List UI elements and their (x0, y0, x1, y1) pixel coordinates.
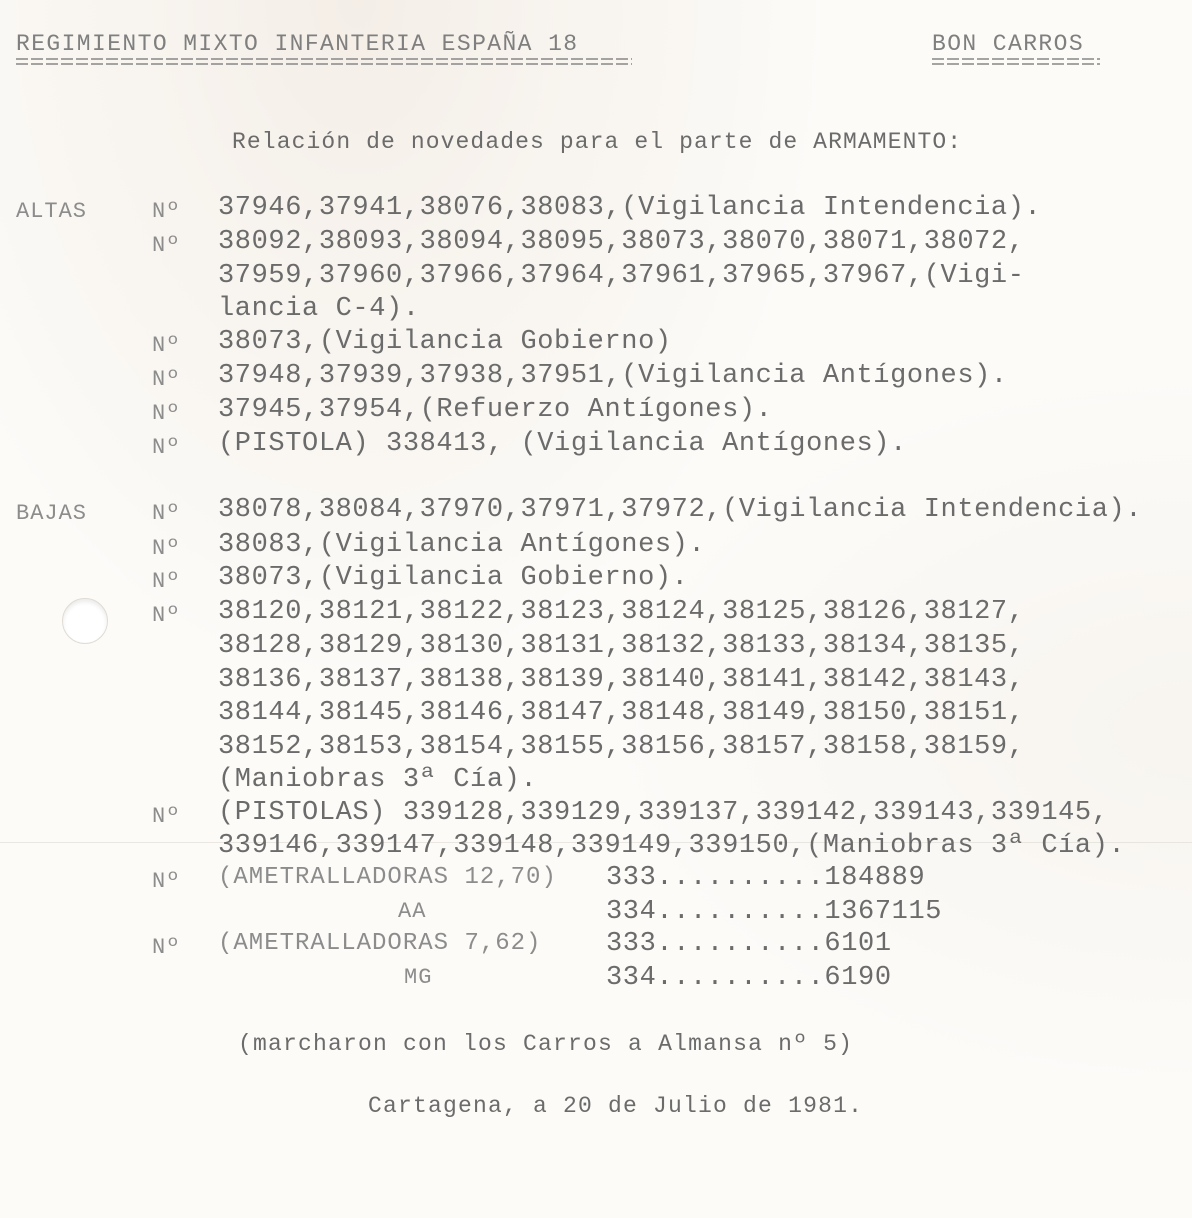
bajas-entry-line: 38136,38137,38138,38139,38140,38141,3814… (218, 664, 1025, 696)
unit-header: REGIMIENTO MIXTO INFANTERIA ESPAÑA 18 (16, 28, 578, 60)
machine-gun-type: (AMETRALLADORAS 7,62) (218, 928, 541, 960)
machine-gun-type: (AMETRALLADORAS 12,70) (218, 862, 557, 894)
entry-number-label: Nº (152, 866, 180, 898)
bajas-entry-line: (Maniobras 3ª Cía). (218, 764, 537, 796)
entry-number-label: Nº (152, 600, 180, 632)
battalion-header-underline (932, 58, 1100, 66)
altas-entry-line: 37945,37954,(Refuerzo Antígones). (218, 394, 773, 426)
altas-entry-line: 38073,(Vigilancia Gobierno) (218, 326, 672, 358)
machine-gun-subtype: MG (404, 962, 432, 994)
bajas-entry-line: 38152,38153,38154,38155,38156,38157,3815… (218, 731, 1025, 763)
entry-number-label: Nº (152, 398, 180, 430)
bajas-entry-line: 38073,(Vigilancia Gobierno). (218, 562, 688, 594)
document-page: REGIMIENTO MIXTO INFANTERIA ESPAÑA 18 BO… (0, 0, 1192, 1218)
machine-gun-serial: 333..........184889 (606, 862, 925, 894)
machine-gun-serial: 334..........1367115 (606, 896, 942, 928)
transfer-note: (marcharon con los Carros a Almansa nº 5… (238, 1028, 853, 1060)
altas-label: ALTAS (16, 196, 87, 228)
bajas-entry-line: 38083,(Vigilancia Antígones). (218, 529, 705, 561)
entry-number-label: Nº (152, 533, 180, 565)
machine-gun-subtype: AA (398, 896, 426, 928)
entry-number-label: Nº (152, 932, 180, 964)
machine-gun-serial: 334..........6190 (606, 962, 892, 994)
bajas-label: BAJAS (16, 498, 87, 530)
document-title: Relación de novedades para el parte de A… (232, 126, 962, 158)
entry-number-label: Nº (152, 801, 180, 833)
entry-number-label: Nº (152, 364, 180, 396)
bajas-entry-line: 38078,38084,37970,37971,37972,(Vigilanci… (218, 494, 1142, 526)
bajas-entry-line: 339146,339147,339148,339149,339150,(Mani… (218, 830, 1125, 862)
altas-entry-line: 37946,37941,38076,38083,(Vigilancia Inte… (218, 192, 1041, 224)
bajas-entry-line: 38128,38129,38130,38131,38132,38133,3813… (218, 630, 1025, 662)
punch-hole (62, 598, 108, 644)
altas-entry-line: 38092,38093,38094,38095,38073,38070,3807… (218, 226, 1025, 258)
bajas-entry-line: (PISTOLAS) 339128,339129,339137,339142,3… (218, 797, 1109, 829)
entry-number-label: Nº (152, 498, 180, 530)
altas-entry-line: (PISTOLA) 338413, (Vigilancia Antígones)… (218, 428, 907, 460)
altas-entry-line: 37948,37939,37938,37951,(Vigilancia Antí… (218, 360, 1008, 392)
battalion-header: BON CARROS (932, 28, 1084, 60)
bajas-entry-line: 38120,38121,38122,38123,38124,38125,3812… (218, 596, 1025, 628)
altas-entry-line: 37959,37960,37966,37964,37961,37965,3796… (218, 260, 1025, 292)
entry-number-label: Nº (152, 432, 180, 464)
bajas-entry-line: 38144,38145,38146,38147,38148,38149,3815… (218, 697, 1025, 729)
place-date-signature: Cartagena, a 20 de Julio de 1981. (368, 1090, 863, 1122)
entry-number-label: Nº (152, 566, 180, 598)
entry-number-label: Nº (152, 230, 180, 262)
altas-entry-line: lancia C-4). (218, 293, 420, 325)
entry-number-label: Nº (152, 330, 180, 362)
unit-header-underline (16, 58, 632, 66)
machine-gun-serial: 333..........6101 (606, 928, 892, 960)
entry-number-label: Nº (152, 196, 180, 228)
